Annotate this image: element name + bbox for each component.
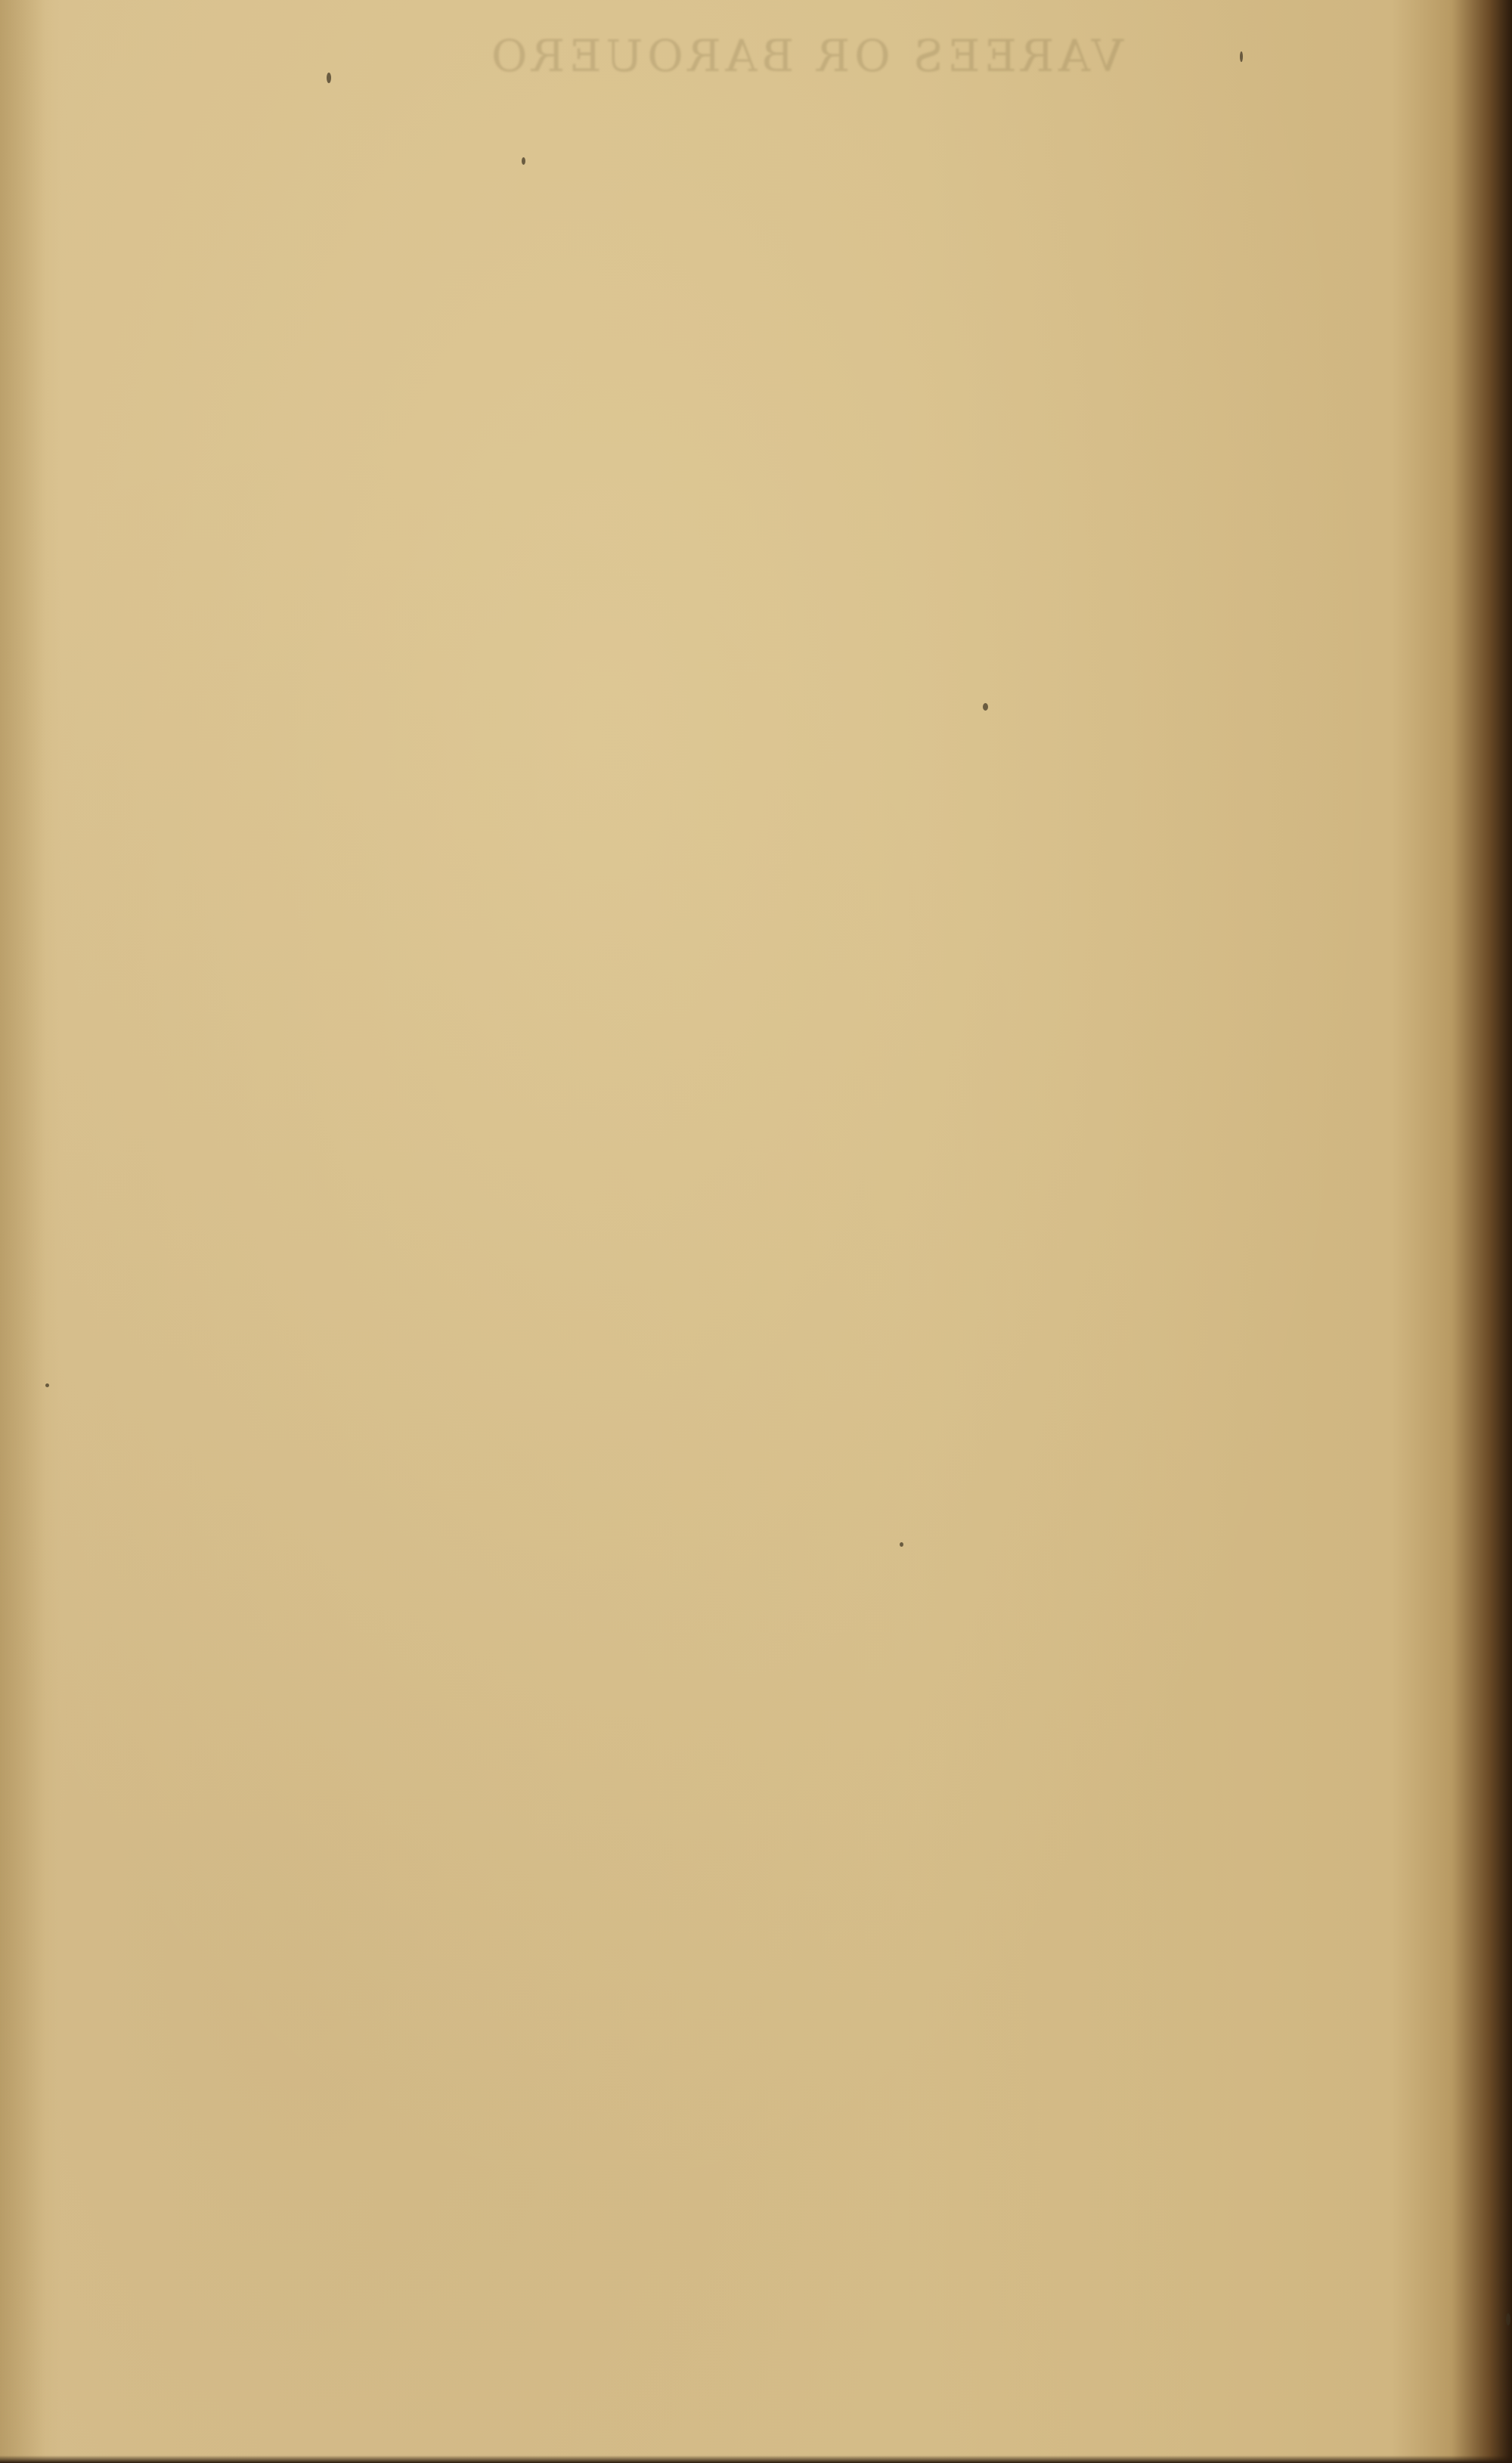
page-left-shade: [0, 0, 45, 2463]
paper-speck: [1506, 2313, 1510, 2325]
paper-speck: [45, 1383, 49, 1387]
paper-speck: [983, 703, 988, 711]
show-through-body: ​: [113, 112, 1497, 156]
paper-speck: [522, 157, 525, 165]
page-bottom-edge: [0, 2455, 1512, 2463]
paper-speck: [327, 73, 331, 83]
paper-speck: [900, 1542, 903, 1547]
show-through-header: VAREES OR BAROUERO: [113, 30, 1497, 82]
show-through-text: VAREES OR BAROUERO ​: [113, 30, 1497, 156]
paper-speck: [1240, 51, 1243, 62]
book-page: VAREES OR BAROUERO ​: [0, 0, 1512, 2463]
